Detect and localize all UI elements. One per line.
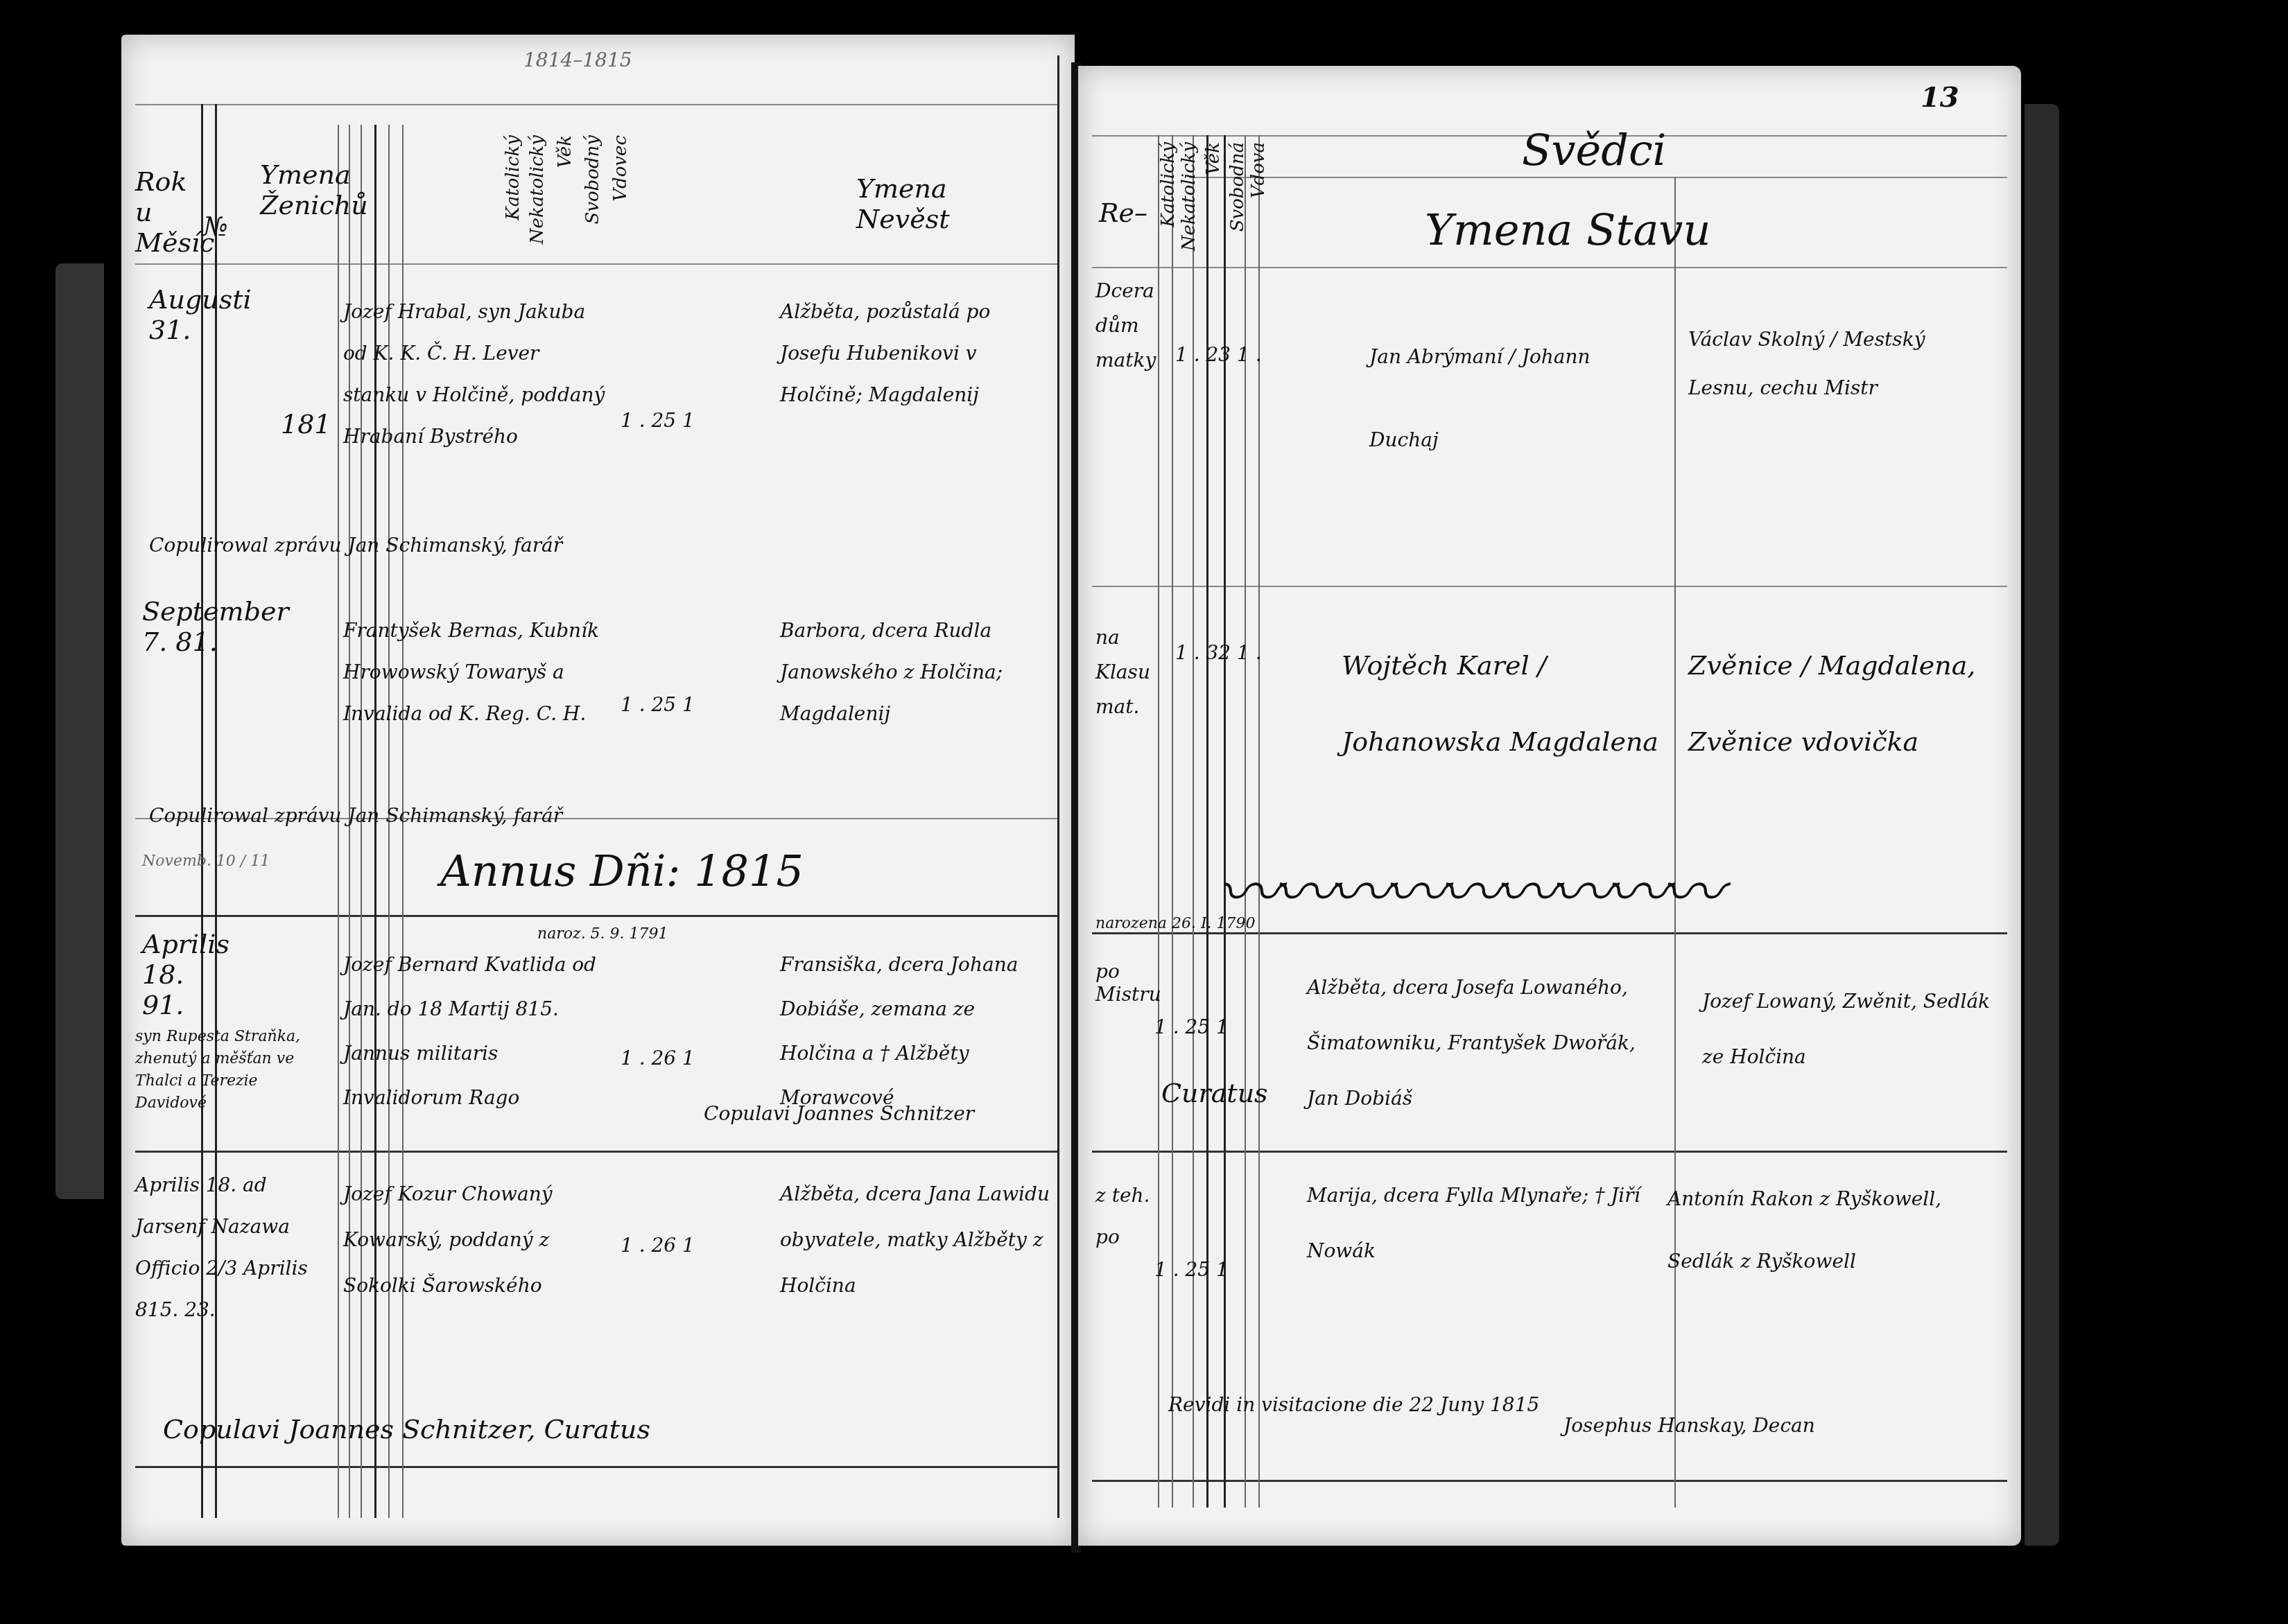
witness-2: Antonín Rakon z Ryškowell, Sedlák z Ryšk… — [1667, 1168, 1986, 1293]
header-groom-name: Ymena Ženichů — [260, 159, 399, 220]
bride-entry: Alžběta, dcera Jana Lawidu obyvatele, ma… — [780, 1171, 1050, 1309]
column-divider — [1245, 135, 1246, 1508]
header-single: Svobodný — [582, 135, 603, 225]
groom-entry: Jozef Bernard Kvatlida od Jan. do 18 Mar… — [343, 943, 614, 1120]
header-age: Věk — [555, 135, 575, 168]
groom-stats: 1 . 26 1 — [621, 1047, 695, 1069]
year-range: 1814–1815 — [523, 49, 632, 71]
rule — [1092, 586, 2007, 587]
witness-2: Václav Skolný / Mestský Lesnu, cechu Mis… — [1688, 315, 1979, 412]
groom-stats: 1 . 25 1 — [621, 693, 695, 716]
header-witness-names: Ymena Stavu — [1425, 204, 1710, 255]
header-date: Rok u Měsíc — [135, 166, 198, 258]
groom-entry: Jozef Hrabal, syn Jakuba od K. K. Č. H. … — [343, 291, 607, 457]
flourish: 〰〰〰〰〰〰〰〰〰 — [1217, 842, 1716, 932]
header-witnesses: Svědci — [1522, 125, 1666, 175]
header-number: № — [203, 211, 228, 242]
column-divider — [1172, 135, 1173, 1508]
bride-entry: Alžběta, pozůstalá po Josefu Hubenikovi … — [780, 291, 1043, 416]
entry-date: September 7. 81. — [142, 596, 232, 657]
groom-stats: 1 . 26 1 — [621, 1234, 695, 1257]
witness-2: Zvěnice / Magdalena, Zvěnice vdovička — [1688, 627, 1993, 780]
rule — [135, 1151, 1057, 1153]
officiant: Copulavi Joannes Schnitzer, Curatus — [163, 1414, 650, 1444]
residence: Dcera dům matky — [1095, 274, 1158, 378]
witness-2: Jozef Lowaný, Zwěnit, Sedlák ze Holčina — [1702, 974, 1993, 1085]
section-title: Annus Dñi: 1815 — [440, 846, 804, 896]
rule — [135, 104, 1057, 105]
bride-stats: 1 . 25 1 — [1154, 1015, 1229, 1038]
entry-date: Aprilis 18. ad Jarsenf Nazawa Officio 2/… — [135, 1164, 329, 1331]
residence: z teh. po — [1095, 1175, 1158, 1258]
rule — [1092, 267, 2007, 268]
rule — [1189, 177, 2007, 178]
entry-date: Aprilis 18. 91. — [142, 929, 225, 1020]
page-number: 13 — [1921, 81, 1959, 114]
book-edge-right — [2025, 104, 2059, 1546]
left-page: 1814–1815 Rok u Měsíc № Ymena Ženichů Ka… — [121, 35, 1075, 1546]
header-catholic: Katolický — [503, 135, 523, 220]
bride-entry: Barbora, dcera Rudla Janowského z Holčin… — [780, 610, 1043, 735]
witness-1: Wojtěch Karel / Johanowska Magdalena — [1342, 627, 1674, 780]
officiant-title: Curatus — [1161, 1078, 1268, 1108]
header-residence: Re– — [1099, 198, 1147, 228]
closing-signature: Josephus Hanskay, Decan — [1563, 1414, 1815, 1437]
header-widower: Vdovec — [610, 135, 631, 202]
witness-1: Alžběta, dcera Josefa Lowaného, Šimatown… — [1307, 960, 1667, 1126]
header-bride-name: Ymena Nevěst — [856, 173, 995, 234]
officiant: Copulavi Joannes Schnitzer — [704, 1102, 974, 1125]
rule — [1092, 1480, 2007, 1482]
groom-entry: Frantyšek Bernas, Kubník Hrowowský Towar… — [343, 610, 607, 735]
entry-number: 181 — [281, 409, 331, 439]
book-edge-left — [55, 263, 104, 1199]
header-widow: Vdova — [1248, 142, 1269, 198]
bride-stats: 1 . 32 1 . — [1175, 641, 1262, 664]
entry-note: Copulirowal zprávu Jan Schimanský, farář — [149, 804, 562, 827]
entry-date-note: syn Rupesta Straňka, zhenutý a měšťan ve… — [135, 1026, 329, 1115]
header-single: Svobodná — [1227, 142, 1248, 232]
entry-note: Copulirowal zprávu Jan Schimanský, farář — [149, 534, 562, 557]
bride-entry: Fransiška, dcera Johana Dobiáše, zemana … — [780, 943, 1050, 1120]
header-noncatholic: Nekatolický — [1179, 142, 1199, 251]
bride-stats: 1 . 23 1 . — [1175, 343, 1262, 366]
column-divider — [1206, 135, 1208, 1508]
rule — [135, 915, 1057, 917]
closing-note: Revidi in visitacione die 22 Juny 1815 — [1168, 1393, 1539, 1416]
column-divider — [1193, 135, 1194, 1508]
residence: po Mistru — [1095, 960, 1158, 1006]
witness-1: Marija, dcera Fylla Mlynaře; † Jiří Nowá… — [1307, 1168, 1667, 1279]
groom-born: naroz. 5. 9. 1791 — [537, 925, 668, 943]
bride-born: narozena 26. I. 1790 — [1095, 915, 1256, 932]
right-page: 13 Re– Katolický Nekatolický Věk Svobodn… — [1078, 66, 2021, 1546]
header-noncatholic: Nekatolický — [527, 135, 548, 244]
rule — [135, 263, 1057, 265]
column-divider — [1158, 135, 1159, 1508]
column-divider — [1057, 55, 1059, 1518]
header-age: Věk — [1203, 142, 1224, 175]
bride-stats: 1 . 25 1 — [1154, 1258, 1229, 1281]
column-divider — [1224, 135, 1226, 1508]
header-catholic: Katolický — [1158, 142, 1179, 227]
witness-1: Jan Abrýmaní / Johann Duchaj — [1369, 315, 1661, 482]
entry-date: Augusti 31. — [149, 284, 218, 345]
column-divider — [1258, 135, 1260, 1508]
rule — [1092, 1151, 2007, 1153]
rule — [1092, 932, 2007, 934]
groom-stats: 1 . 25 1 — [621, 409, 695, 432]
groom-entry: Jozef Kozur Chowaný Kowarský, poddaný z … — [343, 1171, 614, 1309]
side-note: Novemb. 10 / 11 — [142, 853, 270, 870]
rule — [135, 1466, 1057, 1468]
residence: na Klasu mat. — [1095, 620, 1158, 724]
